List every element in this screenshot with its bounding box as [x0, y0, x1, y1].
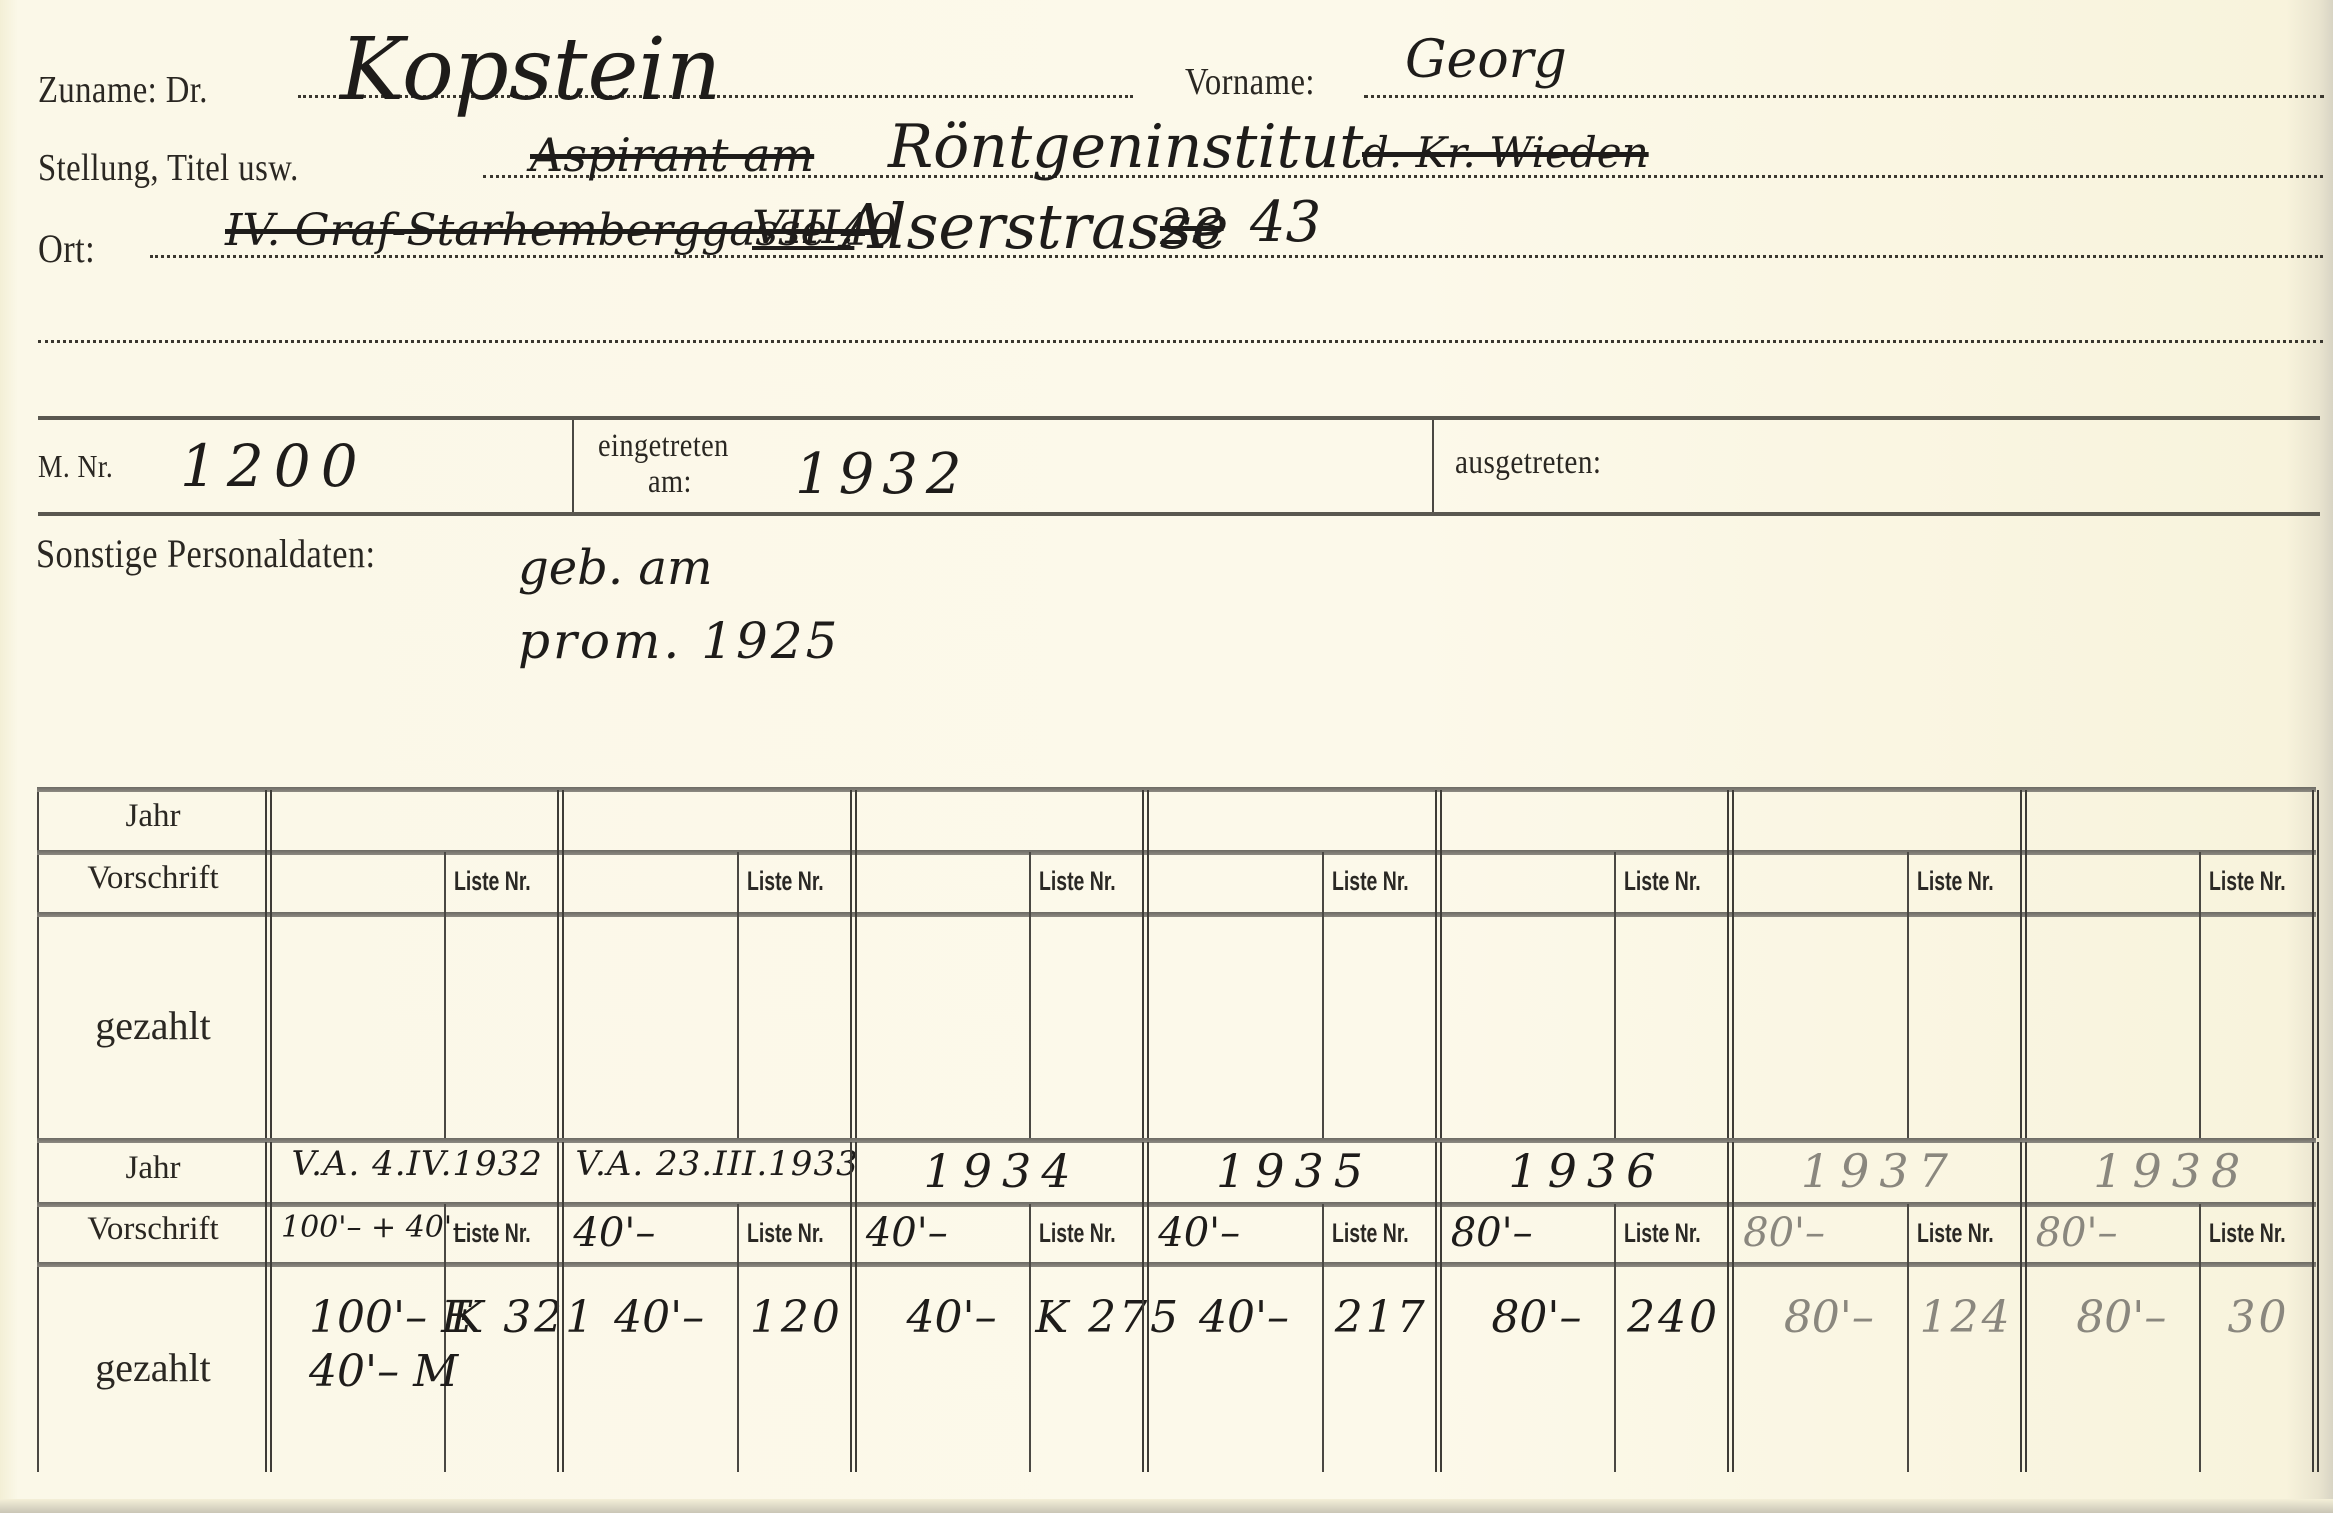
liste-nr-label: Liste Nr. — [747, 866, 824, 897]
membership-top-rule — [38, 416, 2320, 420]
vorname-label: Vorname: — [1185, 60, 1315, 104]
liste-nr-label: Liste Nr. — [1624, 866, 1701, 897]
stellung-struck-text-2: d. Kr. Wieden — [1362, 128, 1649, 177]
year-column-divider — [1142, 1142, 1149, 1472]
liste-nr-label: Liste Nr. — [1917, 866, 1994, 897]
gezahlt-value-2[interactable]: 40'– M — [309, 1346, 444, 1397]
liste-subcolumn-divider — [1322, 852, 1324, 1138]
liste-nr-label: Liste Nr. — [1624, 1218, 1701, 1249]
year-value[interactable]: 1934 — [868, 1144, 1136, 1198]
liste-value[interactable]: 124 — [1913, 1292, 2020, 1343]
table-horizontal-rule — [37, 1138, 2316, 1143]
table-horizontal-rule — [37, 1202, 2316, 1207]
liste-nr-label: Liste Nr. — [454, 866, 531, 897]
stellung-struck-text-1: Aspirant am — [530, 128, 814, 182]
eingetreten-am-label: am: — [648, 464, 692, 501]
year-value[interactable]: 1935 — [1160, 1144, 1428, 1198]
gezahlt-value[interactable]: 40'– — [1176, 1292, 1311, 1343]
year-column-divider — [1727, 1142, 1734, 1472]
year-column-divider — [1435, 790, 1442, 1138]
vorschrift-value[interactable]: 80'– — [1451, 1210, 1533, 1256]
liste-subcolumn-divider — [1907, 852, 1909, 1138]
personal-data-label: Sonstige Personaldaten: — [36, 530, 376, 577]
mnr-value: 1200 — [180, 432, 368, 500]
membership-bottom-rule — [38, 512, 2320, 516]
liste-value[interactable]: 30 — [2205, 1292, 2312, 1343]
liste-subcolumn-divider — [737, 1204, 739, 1472]
gezahlt-value[interactable]: 40'– — [591, 1292, 726, 1343]
ausgetreten-label: ausgetreten: — [1455, 444, 1601, 482]
gezahlt-value[interactable]: 80'– — [2054, 1292, 2189, 1343]
vorschrift-value[interactable]: 100'– + 40'– — [281, 1210, 467, 1245]
gezahlt-value[interactable]: 80'– — [1469, 1292, 1604, 1343]
year-value[interactable]: V.A. 4.IV.1932 — [283, 1144, 551, 1184]
year-column-divider — [1142, 790, 1149, 1138]
personal-data-line-2: prom. 1925 — [518, 612, 840, 670]
year-value[interactable]: 1936 — [1453, 1144, 1721, 1198]
liste-subcolumn-divider — [444, 852, 446, 1138]
membership-divider-2 — [1432, 420, 1434, 512]
year-column-divider — [265, 790, 272, 1138]
row-label-gezahlt: gezahlt — [37, 1002, 269, 1049]
year-column-divider — [850, 790, 857, 1138]
eingetreten-value: 1932 — [795, 442, 970, 507]
card-bottom-edge — [0, 1499, 2333, 1513]
gezahlt-value[interactable]: 40'– — [884, 1292, 1019, 1343]
liste-subcolumn-divider — [2199, 1204, 2201, 1472]
liste-value[interactable]: 240 — [1620, 1292, 1727, 1343]
vorname-value: Georg — [1405, 30, 1567, 90]
ort-struck-number: 23 — [1160, 198, 1224, 256]
year-column-divider — [265, 1142, 272, 1472]
liste-subcolumn-divider — [1029, 1204, 1031, 1472]
eingetreten-label: eingetreten — [598, 428, 729, 465]
zuname-value: Kopstein — [340, 20, 721, 120]
liste-subcolumn-divider — [2199, 852, 2201, 1138]
row-label-vorschrift: Vorschrift — [37, 860, 269, 897]
ort-label: Ort: — [38, 225, 95, 272]
liste-nr-label: Liste Nr. — [1039, 1218, 1116, 1249]
year-column-divider — [557, 1142, 564, 1472]
vorschrift-value[interactable]: 40'– — [573, 1210, 655, 1256]
liste-value[interactable]: K 275 — [1035, 1292, 1142, 1343]
liste-nr-label: Liste Nr. — [1039, 866, 1116, 897]
year-column-divider — [557, 790, 564, 1138]
zuname-label: Zuname: Dr. — [38, 68, 208, 112]
liste-nr-label: Liste Nr. — [1332, 866, 1409, 897]
liste-value[interactable]: 217 — [1328, 1292, 1435, 1343]
liste-nr-label: Liste Nr. — [747, 1218, 824, 1249]
table-right-border — [2312, 790, 2319, 1138]
liste-subcolumn-divider — [1614, 1204, 1616, 1472]
year-value[interactable]: 1937 — [1745, 1144, 2013, 1198]
mnr-label: M. Nr. — [38, 448, 113, 485]
personal-data-line-1: geb. am — [518, 540, 713, 596]
year-column-divider — [1435, 1142, 1442, 1472]
vorschrift-value[interactable]: 40'– — [866, 1210, 948, 1256]
gezahlt-value[interactable]: 100'– E — [309, 1292, 444, 1343]
liste-nr-label: Liste Nr. — [1332, 1218, 1409, 1249]
membership-divider-1 — [572, 420, 574, 512]
blank-dotted-line — [38, 340, 2323, 343]
liste-subcolumn-divider — [737, 852, 739, 1138]
liste-subcolumn-divider — [1614, 852, 1616, 1138]
year-column-divider — [1727, 790, 1734, 1138]
row-label-jahr: Jahr — [37, 1150, 269, 1187]
gezahlt-value[interactable]: 80'– — [1761, 1292, 1896, 1343]
row-label-gezahlt: gezahlt — [37, 1344, 269, 1391]
liste-nr-label: Liste Nr. — [2209, 866, 2286, 897]
stellung-value: Röntgeninstitut — [888, 112, 1363, 182]
year-column-divider — [2020, 790, 2027, 1138]
year-value[interactable]: 1938 — [2038, 1144, 2306, 1198]
stellung-label: Stellung, Titel usw. — [38, 146, 299, 190]
year-column-divider — [850, 1142, 857, 1472]
membership-index-card: Zuname: Dr. Kopstein Vorname: Georg Stel… — [0, 0, 2333, 1513]
table-right-border — [2312, 1142, 2319, 1472]
year-column-divider — [2020, 1142, 2027, 1472]
liste-value[interactable]: K 321 — [450, 1292, 557, 1343]
row-label-vorschrift: Vorschrift — [37, 1211, 269, 1248]
row-label-jahr: Jahr — [37, 798, 269, 835]
ort-district: VIII. — [752, 200, 854, 254]
liste-subcolumn-divider — [1322, 1204, 1324, 1472]
liste-subcolumn-divider — [1907, 1204, 1909, 1472]
table-horizontal-rule — [37, 850, 2316, 855]
vorschrift-value[interactable]: 80'– — [1743, 1210, 1825, 1256]
liste-subcolumn-divider — [1029, 852, 1031, 1138]
vorschrift-value[interactable]: 40'– — [1158, 1210, 1240, 1256]
vorname-dotted-line — [1364, 95, 2324, 98]
table-horizontal-rule — [37, 1262, 2316, 1267]
liste-nr-label: Liste Nr. — [1917, 1218, 1994, 1249]
ort-house-number: 43 — [1250, 190, 1321, 255]
year-value[interactable]: V.A. 23.III.1933 — [575, 1144, 843, 1184]
table-horizontal-rule — [37, 912, 2316, 917]
table-horizontal-rule — [37, 787, 2316, 792]
liste-value[interactable]: 120 — [743, 1292, 850, 1343]
vorschrift-value[interactable]: 80'– — [2036, 1210, 2118, 1256]
liste-nr-label: Liste Nr. — [2209, 1218, 2286, 1249]
